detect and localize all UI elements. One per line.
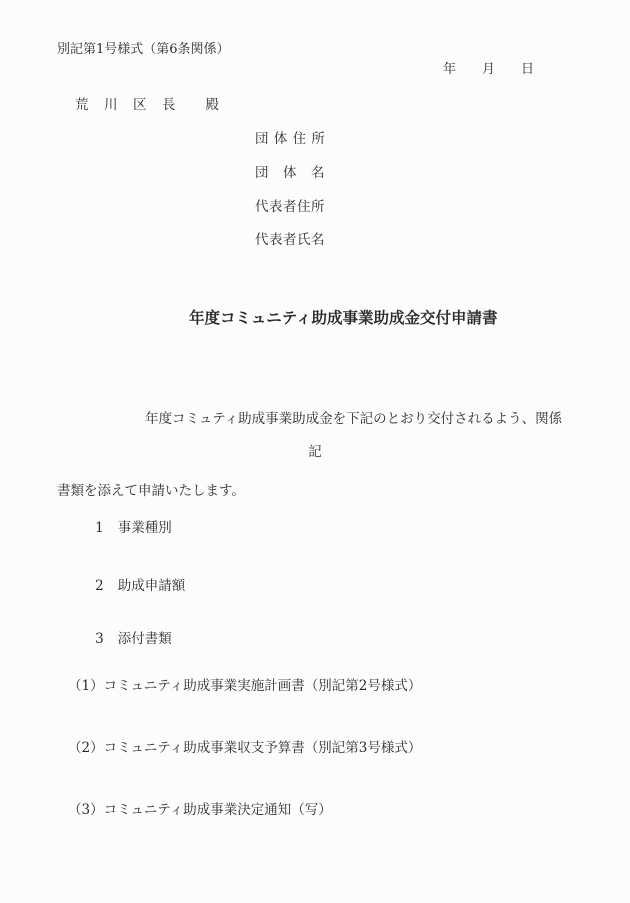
document-title: 年度コミュニティ助成事業助成金交付申請書: [189, 308, 497, 329]
item-label: 助成申請額: [118, 578, 186, 594]
item-number: 1: [95, 520, 104, 536]
field-label-rep-address: 代表者住所: [255, 198, 325, 216]
field-label-rep-name: 代表者氏名: [255, 231, 325, 249]
list-item-business-type: 1事業種別: [78, 500, 172, 552]
item-number: 2: [95, 578, 104, 594]
attachment-item-budget: （2）コミュニティ助成事業収支予算書（別記第3号様式）: [68, 738, 421, 759]
record-marker: 記: [0, 443, 630, 461]
addressee-line: 荒 川 区 長 殿: [75, 96, 220, 114]
field-label-org-name: 団 体 名: [255, 164, 325, 182]
date-line: 年 月 日: [443, 61, 534, 79]
field-label-org-address: 団 体 住 所: [255, 130, 325, 148]
list-item-grant-amount: 2助成申請額: [78, 558, 185, 610]
body-paragraph-line1: 年度コミュティ助成事業助成金を下記のとおり交付されるよう、関係: [145, 407, 577, 431]
attachment-item-notice: （3）コミュニティ助成事業決定通知（写）: [68, 800, 421, 821]
item-label: 事業種別: [118, 520, 172, 536]
attachment-list: （1）コミュニティ助成事業実施計画書（別記第2号様式） （2）コミュニティ助成事…: [68, 634, 421, 863]
attachment-item-plan: （1）コミュニティ助成事業実施計画書（別記第2号様式）: [68, 676, 421, 697]
application-form-page: 別記第1号様式（第6条関係） 年 月 日 荒 川 区 長 殿 団 体 住 所 団…: [0, 0, 630, 903]
form-number: 別記第1号様式（第6条関係）: [57, 41, 230, 59]
